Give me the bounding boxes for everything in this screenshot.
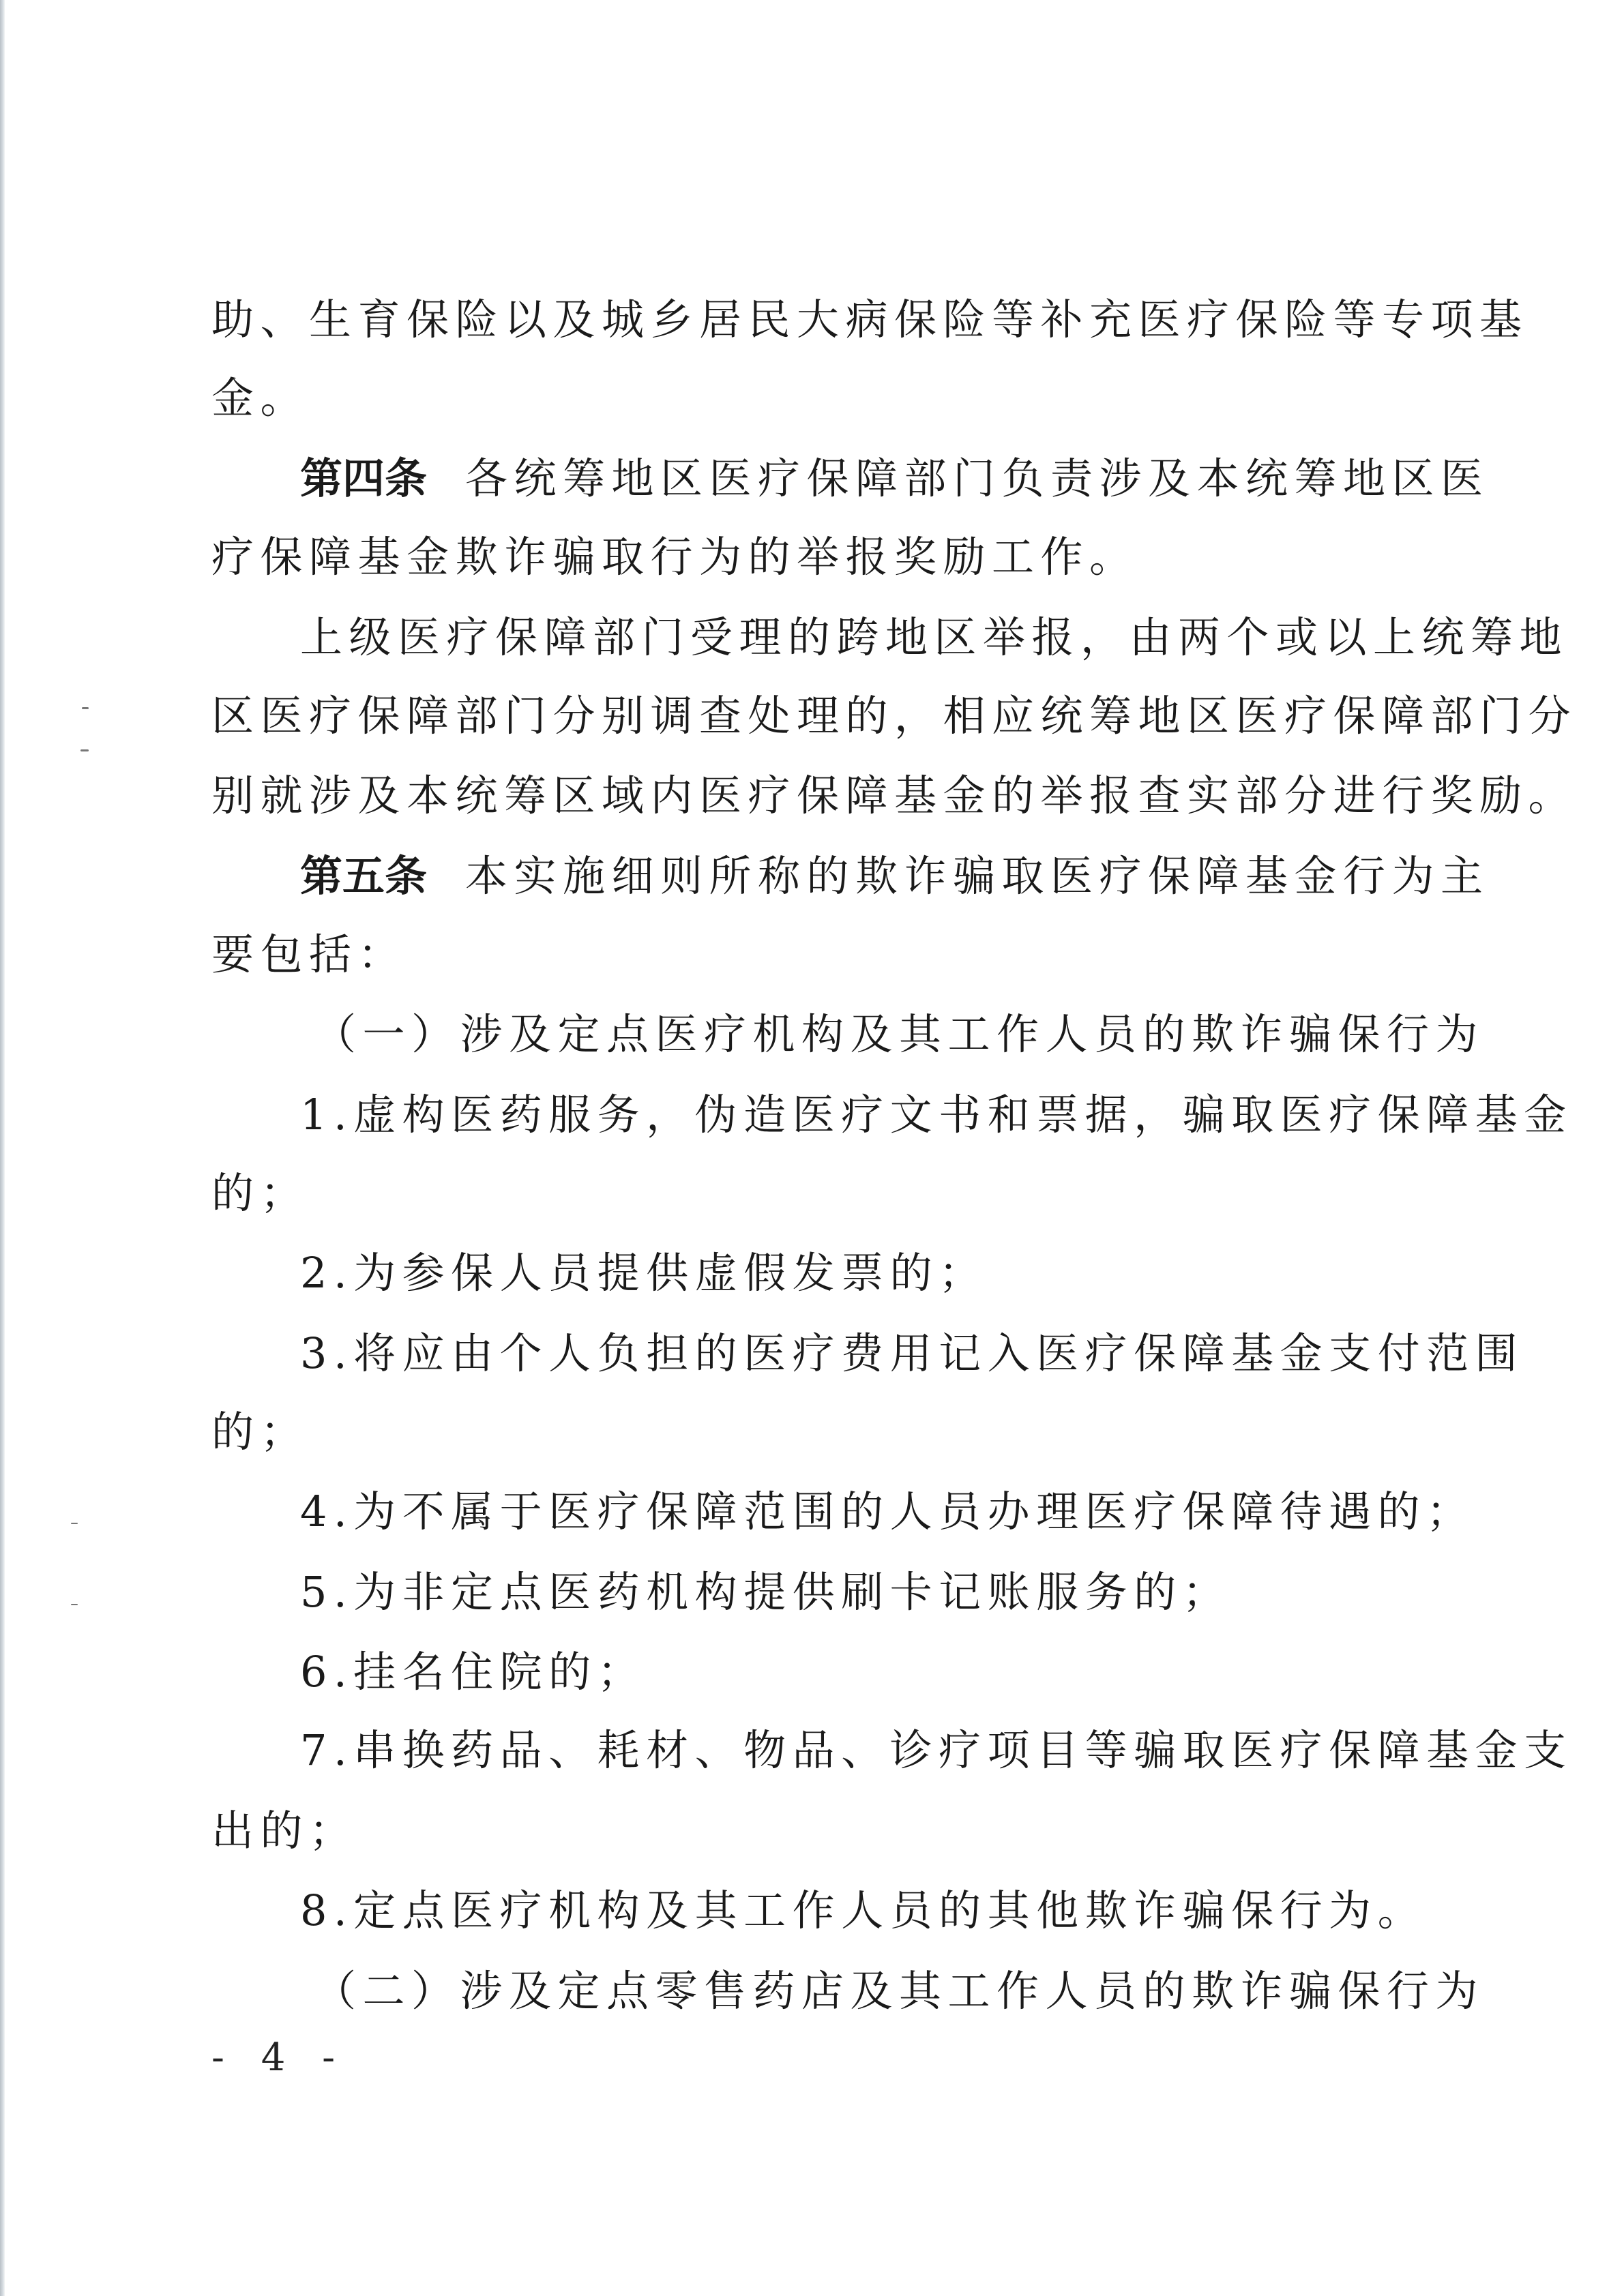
article-number: 第四条 [300, 453, 427, 503]
page-number: - 4 - [211, 2036, 347, 2080]
scan-mark [82, 707, 89, 709]
list-item-continuation: 的； [211, 1166, 1412, 1221]
section-heading: （二）涉及定点零售药店及其工作人员的欺诈骗保行为 [211, 1964, 1412, 2018]
body-line: 助、生育保险以及城乡居民大病保险等补充医疗保险等专项基 [211, 293, 1412, 347]
scan-binding-edge [0, 0, 5, 2296]
list-item: 2.为参保人员提供虚假发票的； [211, 1246, 1412, 1300]
scan-mark [80, 749, 89, 751]
list-item: 5.为非定点医药机构提供刷卡记账服务的； [211, 1565, 1412, 1620]
body-line: 金。 [211, 371, 1412, 426]
list-item-continuation: 的； [211, 1405, 1412, 1459]
scan-mark [71, 1604, 78, 1605]
scan-mark [71, 1523, 78, 1524]
body-line: 疗保障基金欺诈骗取行为的举报奖励工作。 [211, 530, 1412, 584]
list-item: 1.虚构医药服务，伪造医疗文书和票据，骗取医疗保障基金 [211, 1088, 1412, 1142]
list-item: 6.挂名住院的； [211, 1645, 1412, 1699]
section-heading: （一）涉及定点医疗机构及其工作人员的欺诈骗保行为 [211, 1007, 1412, 1062]
article-4-line: 第四条各统筹地区医疗保障部门负责涉及本统筹地区医 [211, 451, 1412, 506]
article-text: 各统筹地区医疗保障部门负责涉及本统筹地区医 [465, 453, 1490, 503]
list-item: 3.将应由个人负担的医疗费用记入医疗保障基金支付范围 [211, 1326, 1412, 1381]
body-line: 区医疗保障部门分别调查处理的，相应统筹地区医疗保障部门分 [211, 689, 1412, 743]
article-5-line: 第五条本实施细则所称的欺诈骗取医疗保障基金行为主 [211, 849, 1412, 904]
list-item-continuation: 出的； [211, 1804, 1412, 1858]
article-number: 第五条 [300, 851, 427, 901]
list-item: 8.定点医疗机构及其工作人员的其他欺诈骗保行为。 [211, 1883, 1412, 1938]
body-line: 上级医疗保障部门受理的跨地区举报，由两个或以上统筹地 [211, 610, 1412, 665]
list-item: 7.串换药品、耗材、物品、诊疗项目等骗取医疗保障基金支 [211, 1723, 1412, 1778]
list-item: 4.为不属于医疗保障范围的人员办理医疗保障待遇的； [211, 1485, 1412, 1539]
article-text: 本实施细则所称的欺诈骗取医疗保障基金行为主 [465, 851, 1490, 901]
body-line: 要包括： [211, 927, 1412, 982]
body-line: 别就涉及本统筹区域内医疗保障基金的举报查实部分进行奖励。 [211, 769, 1412, 823]
